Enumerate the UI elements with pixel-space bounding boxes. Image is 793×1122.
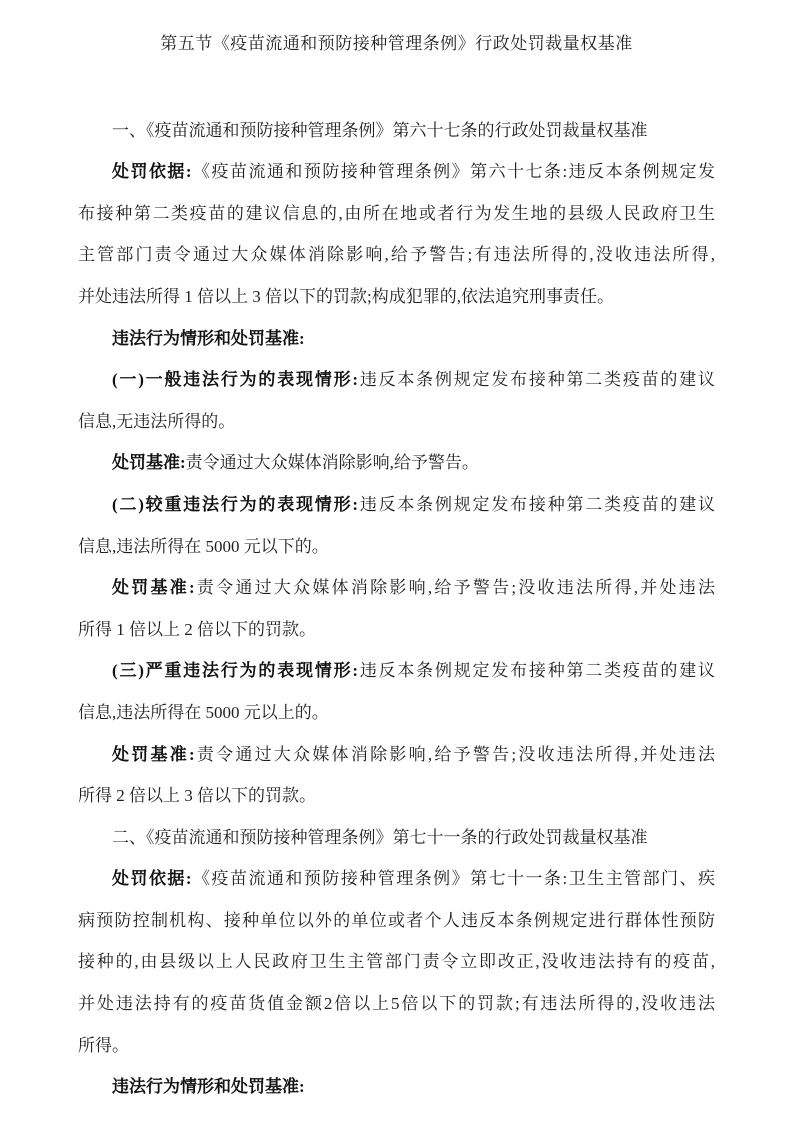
section-2-standards-label: 违法行为情形和处罚基准: xyxy=(78,1066,715,1108)
text-run-bold: (三)严重违法行为的表现情形: xyxy=(112,661,358,680)
section-1-case-2-penalty: 处罚基准:责令通过大众媒体消除影响,给予警告;没收违法所得,并处违法所得 1 倍… xyxy=(78,567,715,650)
text-run: 信息,违法所得在 5000 元以下的。 xyxy=(78,537,329,556)
text-run: 信息,无违法所得的。 xyxy=(78,412,235,431)
text-run-bold: (二)较重违法行为的表现情形: xyxy=(112,495,358,514)
text-line: 处罚基准:责令通过大众媒体消除影响,给予警告;没收违法所得,并处违法 xyxy=(78,734,715,776)
text-run: 信息,违法所得在 5000 元以上的。 xyxy=(78,703,329,722)
text-line: 处罚基准:责令通过大众媒体消除影响,给予警告。 xyxy=(78,442,715,484)
text-run: 责令通过大众媒体消除影响,给予警告。 xyxy=(186,453,479,472)
text-line: 处罚依据:《疫苗流通和预防接种管理条例》第六十七条:违反本条例规定发 xyxy=(78,151,715,193)
text-line: 所得 1 倍以上 2 倍以下的罚款。 xyxy=(78,609,715,651)
text-run-bold: 违法行为情形和处罚基准: xyxy=(112,329,305,348)
section-1-case-2-situation: (二)较重违法行为的表现情形:违反本条例规定发布接种第二类疫苗的建议信息,违法所… xyxy=(78,484,715,567)
text-line: (二)较重违法行为的表现情形:违反本条例规定发布接种第二类疫苗的建议 xyxy=(78,484,715,526)
text-line: 信息,违法所得在 5000 元以下的。 xyxy=(78,526,715,568)
text-run: 《疫苗流通和预防接种管理条例》第六十七条:违反本条例规定发 xyxy=(192,162,715,181)
text-run: 所得。 xyxy=(78,1036,129,1055)
text-line: 病预防控制机构、接种单位以外的单位或者个人违反本条例规定进行群体性预防 xyxy=(78,900,715,942)
text-line: 违法行为情形和处罚基准: xyxy=(78,1066,715,1108)
section-1-standards-label: 违法行为情形和处罚基准: xyxy=(78,318,715,360)
text-run: 接种的,由县级以上人民政府卫生主管部门责令立即改正,没收违法持有的疫苗, xyxy=(78,952,715,971)
text-run: 《疫苗流通和预防接种管理条例》第七十一条:卫生主管部门、疾 xyxy=(192,869,715,888)
section-1-case-3-situation: (三)严重违法行为的表现情形:违反本条例规定发布接种第二类疫苗的建议信息,违法所… xyxy=(78,650,715,733)
text-run: 一、《疫苗流通和预防接种管理条例》第六十七条的行政处罚裁量权基准 xyxy=(112,121,648,140)
text-line: 二、《疫苗流通和预防接种管理条例》第七十一条的行政处罚裁量权基准 xyxy=(78,817,715,859)
text-line: 违法行为情形和处罚基准: xyxy=(78,318,715,360)
text-line: 所得 2 倍以上 3 倍以下的罚款。 xyxy=(78,775,715,817)
text-line: 主管部门责令通过大众媒体消除影响,给予警告;有违法所得的,没收违法所得, xyxy=(78,234,715,276)
text-run: 违反本条例规定发布接种第二类疫苗的建议 xyxy=(358,370,715,389)
text-run-bold: (一)一般违法行为的表现情形: xyxy=(112,370,358,389)
section-1-heading: 一、《疫苗流通和预防接种管理条例》第六十七条的行政处罚裁量权基准 xyxy=(78,110,715,152)
text-run: 主管部门责令通过大众媒体消除影响,给予警告;有违法所得的,没收违法所得, xyxy=(78,245,715,264)
text-line: (三)严重违法行为的表现情形:违反本条例规定发布接种第二类疫苗的建议 xyxy=(78,650,715,692)
text-run: 二、《疫苗流通和预防接种管理条例》第七十一条的行政处罚裁量权基准 xyxy=(112,828,648,847)
document-body: 一、《疫苗流通和预防接种管理条例》第六十七条的行政处罚裁量权基准处罚依据:《疫苗… xyxy=(78,110,715,1108)
text-run-bold: 违法行为情形和处罚基准: xyxy=(112,1077,305,1096)
text-run: 所得 2 倍以上 3 倍以下的罚款。 xyxy=(78,786,316,805)
text-run: 责令通过大众媒体消除影响,给予警告;没收违法所得,并处违法 xyxy=(195,745,715,764)
section-1-case-3-penalty: 处罚基准:责令通过大众媒体消除影响,给予警告;没收违法所得,并处违法所得 2 倍… xyxy=(78,734,715,817)
section-1-penalty-basis: 处罚依据:《疫苗流通和预防接种管理条例》第六十七条:违反本条例规定发布接种第二类… xyxy=(78,151,715,317)
text-line: 信息,无违法所得的。 xyxy=(78,401,715,443)
text-run-bold: 处罚基准: xyxy=(112,453,186,472)
text-run: 布接种第二类疫苗的建议信息的,由所在地或者行为发生地的县级人民政府卫生 xyxy=(78,204,715,223)
text-run: 所得 1 倍以上 2 倍以下的罚款。 xyxy=(78,620,316,639)
text-run-bold: 处罚依据: xyxy=(112,162,192,181)
text-run: 违反本条例规定发布接种第二类疫苗的建议 xyxy=(358,661,715,680)
document-page: 第五节《疫苗流通和预防接种管理条例》行政处罚裁量权基准 一、《疫苗流通和预防接种… xyxy=(0,0,793,1122)
text-run: 并处违法持有的疫苗货值金额2倍以上5倍以下的罚款;有违法所得的,没收违法 xyxy=(78,994,715,1013)
text-line: 所得。 xyxy=(78,1025,715,1067)
section-2-penalty-basis: 处罚依据:《疫苗流通和预防接种管理条例》第七十一条:卫生主管部门、疾病预防控制机… xyxy=(78,858,715,1066)
section-1-case-1-situation: (一)一般违法行为的表现情形:违反本条例规定发布接种第二类疫苗的建议信息,无违法… xyxy=(78,359,715,442)
section-1-case-1-penalty: 处罚基准:责令通过大众媒体消除影响,给予警告。 xyxy=(78,442,715,484)
document-title: 第五节《疫苗流通和预防接种管理条例》行政处罚裁量权基准 xyxy=(78,23,715,65)
text-run: 违反本条例规定发布接种第二类疫苗的建议 xyxy=(358,495,715,514)
text-run: 病预防控制机构、接种单位以外的单位或者个人违反本条例规定进行群体性预防 xyxy=(78,911,715,930)
text-line: 处罚基准:责令通过大众媒体消除影响,给予警告;没收违法所得,并处违法 xyxy=(78,567,715,609)
text-run-bold: 处罚依据: xyxy=(112,869,192,888)
text-line: 处罚依据:《疫苗流通和预防接种管理条例》第七十一条:卫生主管部门、疾 xyxy=(78,858,715,900)
text-line: 接种的,由县级以上人民政府卫生主管部门责令立即改正,没收违法持有的疫苗, xyxy=(78,941,715,983)
text-line: 信息,违法所得在 5000 元以上的。 xyxy=(78,692,715,734)
text-line: 并处违法所得 1 倍以上 3 倍以下的罚款;构成犯罪的,依法追究刑事责任。 xyxy=(78,276,715,318)
text-line: 一、《疫苗流通和预防接种管理条例》第六十七条的行政处罚裁量权基准 xyxy=(78,110,715,152)
section-2-heading: 二、《疫苗流通和预防接种管理条例》第七十一条的行政处罚裁量权基准 xyxy=(78,817,715,859)
text-line: 并处违法持有的疫苗货值金额2倍以上5倍以下的罚款;有违法所得的,没收违法 xyxy=(78,983,715,1025)
text-run-bold: 处罚基准: xyxy=(112,745,195,764)
text-line: (一)一般违法行为的表现情形:违反本条例规定发布接种第二类疫苗的建议 xyxy=(78,359,715,401)
text-run-bold: 处罚基准: xyxy=(112,578,195,597)
text-run: 并处违法所得 1 倍以上 3 倍以下的罚款;构成犯罪的,依法追究刑事责任。 xyxy=(78,287,614,306)
text-run: 责令通过大众媒体消除影响,给予警告;没收违法所得,并处违法 xyxy=(195,578,715,597)
text-line: 布接种第二类疫苗的建议信息的,由所在地或者行为发生地的县级人民政府卫生 xyxy=(78,193,715,235)
